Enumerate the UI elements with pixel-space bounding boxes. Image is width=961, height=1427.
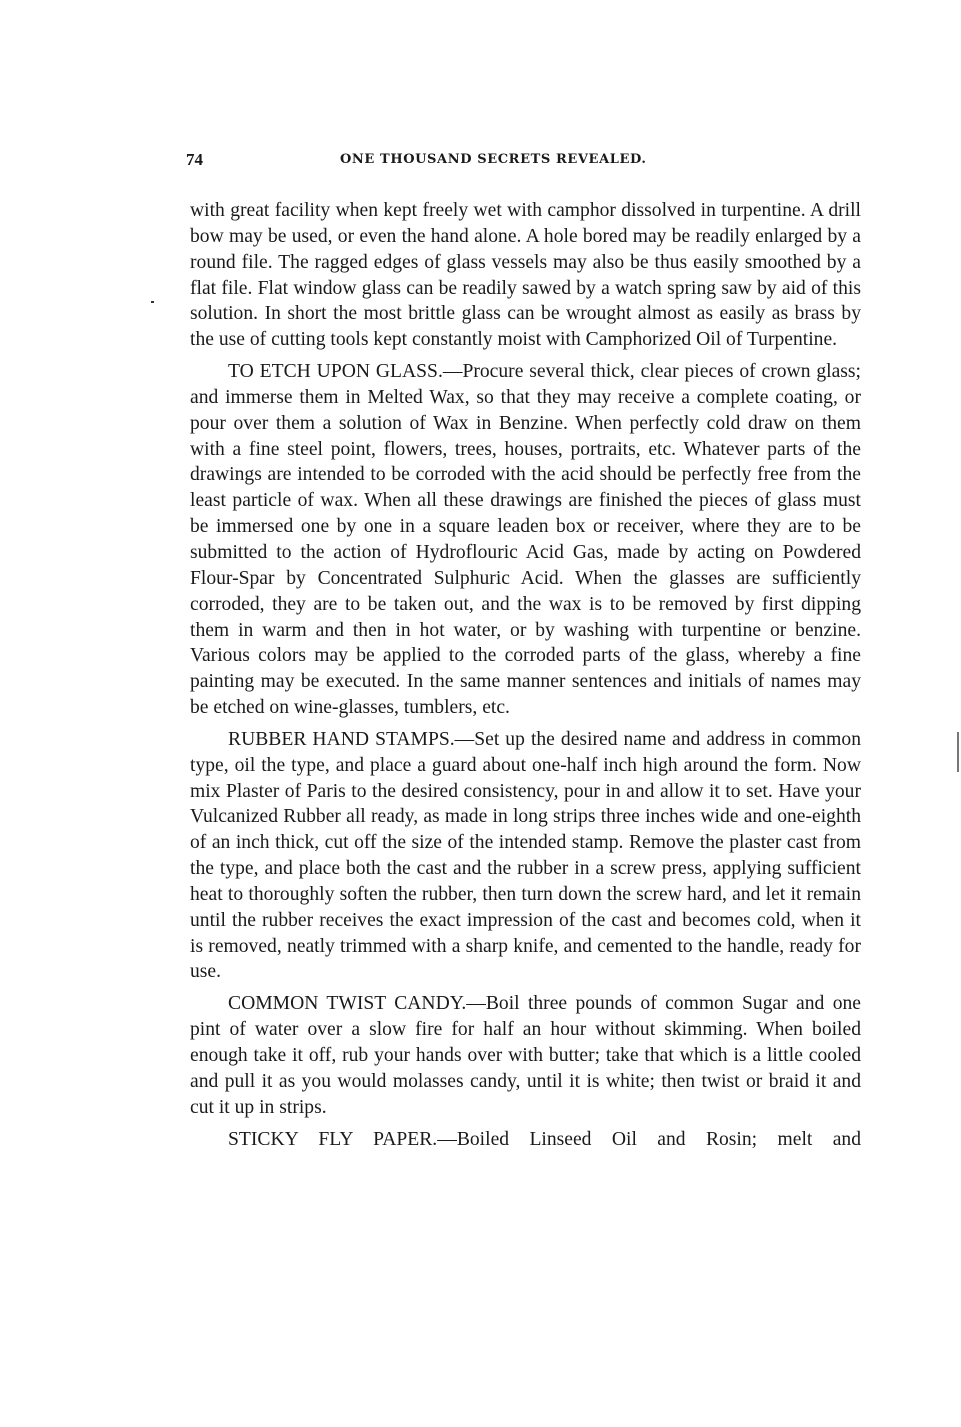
- book-page: 74 ONE THOUSAND SECRETS REVEALED. with g…: [190, 150, 861, 1158]
- section-heading: RUBBER HAND STAMPS.: [228, 729, 455, 750]
- running-title: ONE THOUSAND SECRETS REVEALED.: [340, 152, 647, 167]
- section-heading: COMMON TWIST CANDY.: [228, 993, 466, 1014]
- paragraph-continuation: with great facility when kept freely wet…: [190, 198, 861, 353]
- body-text: with great facility when kept freely wet…: [190, 198, 861, 1152]
- paragraph-text: —Boiled Linseed Oil and Rosin; melt and: [437, 1129, 861, 1150]
- scan-artifact-dot: [151, 301, 154, 303]
- section-heading: STICKY FLY PAPER.: [228, 1129, 437, 1150]
- paragraph-text: —Procure several thick, clear pieces of …: [190, 361, 861, 718]
- running-head: 74 ONE THOUSAND SECRETS REVEALED.: [190, 150, 861, 172]
- page-number: 74: [186, 150, 203, 170]
- paragraph-sticky-fly-paper: STICKY FLY PAPER.—Boiled Linseed Oil and…: [190, 1127, 861, 1153]
- paragraph-text: —Set up the desired name and address in …: [190, 729, 861, 983]
- paragraph-common-twist-candy: COMMON TWIST CANDY.—Boil three pounds of…: [190, 991, 861, 1120]
- scan-artifact-line: [957, 732, 959, 772]
- paragraph-text: with great facility when kept freely wet…: [190, 200, 861, 350]
- paragraph-rubber-hand-stamps: RUBBER HAND STAMPS.—Set up the desired n…: [190, 727, 861, 985]
- paragraph-etch-upon-glass: TO ETCH UPON GLASS.—Procure several thic…: [190, 359, 861, 721]
- section-heading: TO ETCH UPON GLASS.: [228, 361, 443, 382]
